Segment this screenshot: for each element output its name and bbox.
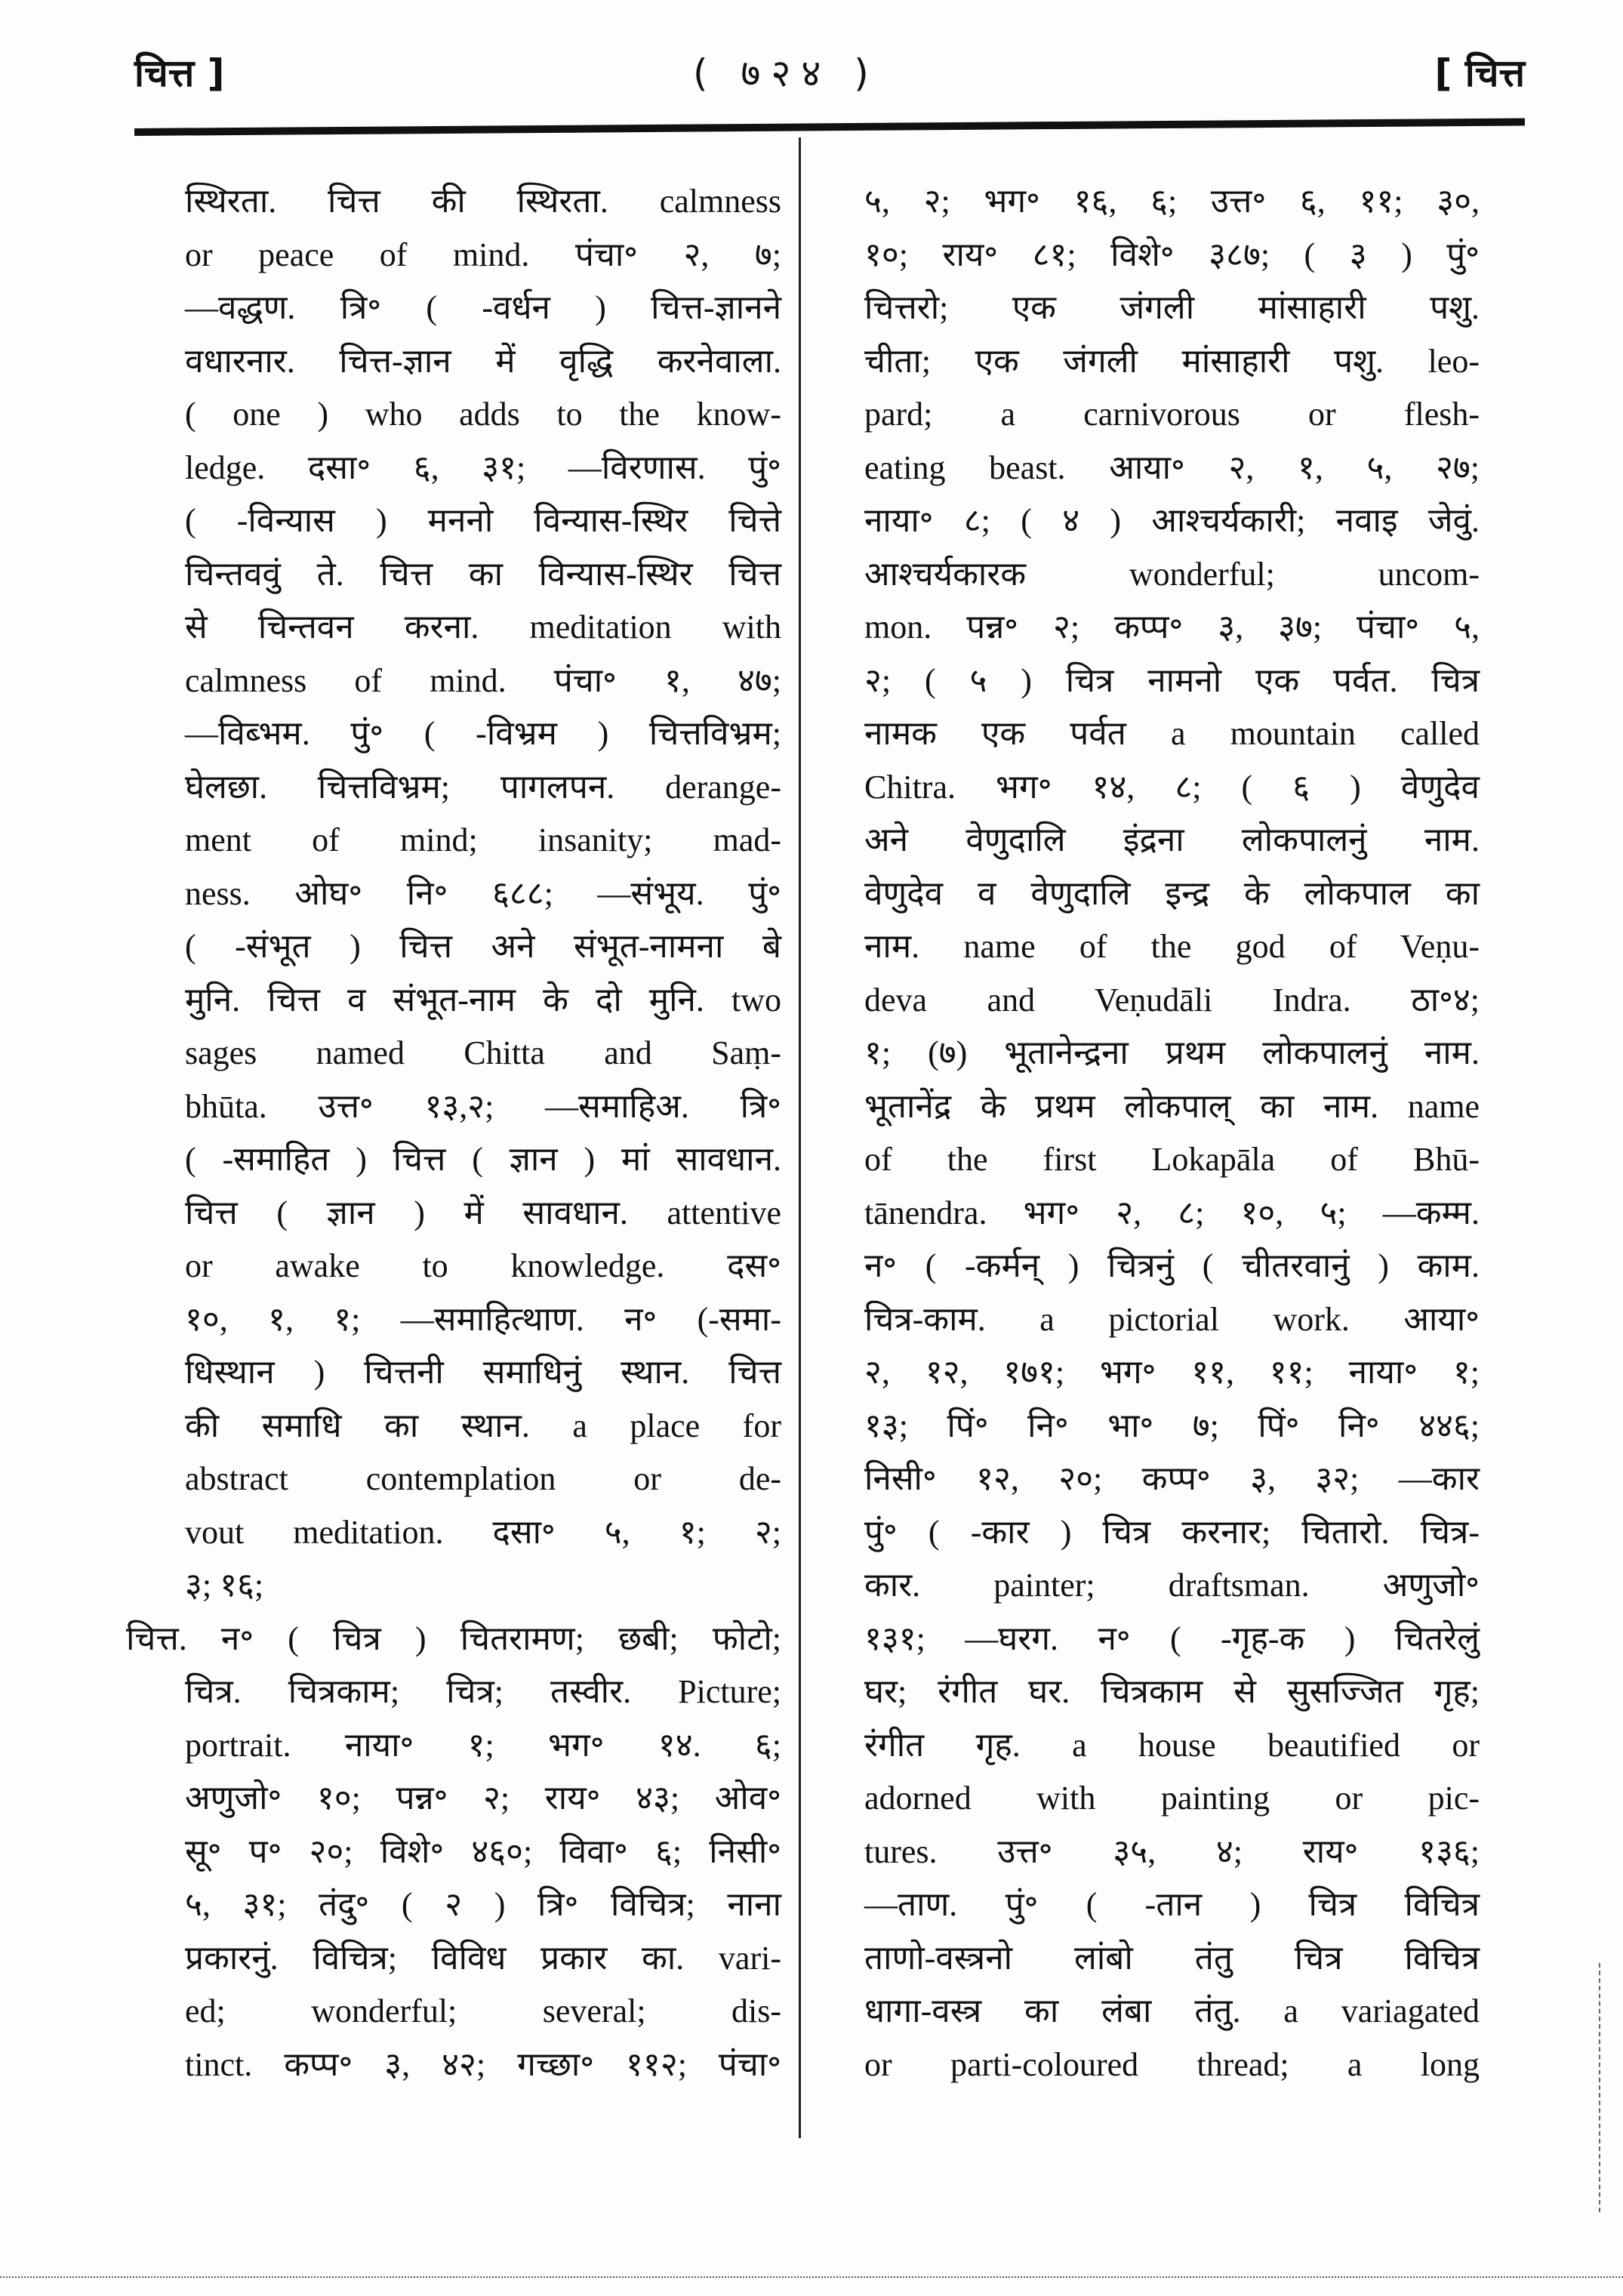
text-line: mon. पन्न॰ २; कप्प॰ ३, ३७; पंचा॰ ५,	[864, 601, 1480, 655]
text-line: वेणुदेव व वेणुदालि इन्द्र के लोकपाल का	[864, 868, 1480, 921]
text-line: Chitra. भग॰ १४, ८; ( ६ ) वेणुदेव	[864, 761, 1480, 815]
text-line: ( -संभूत ) चित्त अने संभूत-नामना बे	[185, 920, 781, 974]
left-guide-word: चित्त ]	[134, 39, 225, 107]
text-line: चीता; एक जंगली मांसाहारी पशु. leo-	[864, 335, 1480, 389]
text-line: ५, २; भग॰ १६, ६; उत्त॰ ६, ११; ३०,	[864, 175, 1480, 229]
text-line: की समाधि का स्थान. a place for	[185, 1400, 781, 1453]
text-line: sages named Chitta and Saṃ-	[185, 1027, 781, 1080]
text-line: अणुजो॰ १०; पन्न॰ २; राय॰ ४३; ओव॰	[185, 1772, 781, 1826]
text-line: से चिन्तवन करना. meditation with	[185, 601, 781, 655]
page-number: ( ७२४ )	[693, 39, 879, 107]
text-line: bhūta. उत्त॰ १३,२; —समाहिअ. त्रि॰	[185, 1080, 781, 1134]
text-line: or peace of mind. पंचा॰ २, ७;	[185, 229, 781, 282]
scan-edge-right	[1599, 1963, 1601, 2212]
text-line: कार. painter; draftsman. अणुजो॰	[864, 1559, 1480, 1613]
text-line: चित्र. चित्रकाम; चित्र; तस्वीर. Picture;	[185, 1666, 781, 1719]
text-line: नामक एक पर्वत a mountain called	[864, 707, 1480, 761]
text-line: portrait. नाया॰ १; भग॰ १४. ६;	[185, 1719, 781, 1773]
dictionary-page: चित्त ] ( ७२४ ) [ चित्त स्थिरता. चित्त क…	[0, 0, 1623, 2296]
text-line: न॰ ( -कर्मन् ) चित्रनुं ( चीतरवानुं ) का…	[864, 1240, 1480, 1293]
text-line: नाम. name of the god of Veṇu-	[864, 920, 1480, 974]
left-column: स्थिरता. चित्त की स्थिरता. calmness or p…	[185, 175, 781, 2091]
text-line: of the first Lokapāla of Bhū-	[864, 1133, 1480, 1187]
column-divider	[799, 137, 801, 2138]
text-line: ment of mind; insanity; mad-	[185, 814, 781, 868]
text-line: १३; पिं॰ नि॰ भा॰ ७; पिं॰ नि॰ ४४६;	[864, 1400, 1480, 1453]
text-line: २, १२, १७१; भग॰ ११, ११; नाया॰ १;	[864, 1346, 1480, 1400]
text-line: ५, ३१; तंदु॰ ( २ ) त्रि॰ विचित्र; नाना	[185, 1878, 781, 1932]
entry-headword-line: चित्त. न॰ ( चित्र ) चितरामण; छबी; फोटो;	[126, 1613, 781, 1666]
text-line: चित्त ( ज्ञान ) में सावधान. attentive	[185, 1187, 781, 1240]
text-line: ३; १६;	[185, 1559, 781, 1613]
text-line: tinct. कप्प॰ ३, ४२; गच्छा॰ ११२; पंचा॰	[185, 2039, 781, 2092]
text-line: १०; राय॰ ८१; विशे॰ ३८७; ( ३ ) पुं॰	[864, 229, 1480, 282]
right-column: ५, २; भग॰ १६, ६; उत्त॰ ६, ११; ३०, १०; रा…	[864, 175, 1480, 2091]
text-line: ness. ओघ॰ नि॰ ६८८; —संभूय. पुं॰	[185, 868, 781, 921]
text-line: tures. उत्त॰ ३५, ४; राय॰ १३६;	[864, 1826, 1480, 1879]
text-line: वधारनार. चित्त-ज्ञान में वृद्धि करनेवाला…	[185, 335, 781, 389]
text-line: deva and Veṇudāli Indra. ठा॰४;	[864, 974, 1480, 1028]
page-header: चित्त ] ( ७२४ ) [ चित्त	[134, 39, 1525, 107]
text-line: vout meditation. दसा॰ ५, १; २;	[185, 1506, 781, 1560]
text-line: रंगीत गृह. a house beautified or	[864, 1719, 1480, 1773]
text-line: भूतानेंद्र के प्रथम लोकपाल् का नाम. name	[864, 1080, 1480, 1134]
text-line: ताणो-वस्त्रनो लांबो तंतु चित्र विचित्र	[864, 1932, 1480, 1986]
text-line: adorned with painting or pic-	[864, 1772, 1480, 1826]
text-line: १; (७) भूतानेन्द्रना प्रथम लोकपालनुं नाम…	[864, 1027, 1480, 1080]
text-line: १०, १, १; —समाहित्थाण. न॰ (-समा-	[185, 1293, 781, 1347]
header-rule	[134, 118, 1525, 136]
text-line: मुनि. चित्त व संभूत-नाम के दो मुनि. two	[185, 974, 781, 1028]
text-line: धिस्थान ) चित्तनी समाधिनुं स्थान. चित्त	[185, 1346, 781, 1400]
text-line: अने वेणुदालि इंद्रना लोकपालनुं नाम.	[864, 814, 1480, 868]
text-line: घर; रंगीत घर. चित्रकाम से सुसज्जित गृह;	[864, 1666, 1480, 1719]
text-line: चित्तरो; एक जंगली मांसाहारी पशु.	[864, 282, 1480, 335]
text-line: सू॰ प॰ २०; विशे॰ ४६०; विवा॰ ६; निसी॰	[185, 1826, 781, 1879]
text-line: ( -विन्यास ) मननो विन्यास-स्थिर चित्ते	[185, 495, 781, 548]
text-line: चिन्तववुं ते. चित्त का विन्यास-स्थिर चित…	[185, 548, 781, 602]
text-line: pard; a carnivorous or flesh-	[864, 388, 1480, 442]
text-line: घेलछा. चित्तविभ्रम; पागलपन. derange-	[185, 761, 781, 815]
text-line: ( one ) who adds to the know-	[185, 388, 781, 442]
text-line: २; ( ५ ) चित्र नामनो एक पर्वत. चित्र	[864, 655, 1480, 708]
text-line: पुं॰ ( -कार ) चित्र करनार; चितारो. चित्र…	[864, 1506, 1480, 1560]
text-line: calmness of mind. पंचा॰ १, ४७;	[185, 655, 781, 708]
right-guide-word: [ चित्त	[1434, 39, 1525, 107]
text-line: or parti-coloured thread; a long	[864, 2039, 1480, 2092]
text-line: abstract contemplation or de-	[185, 1453, 781, 1506]
text-line: प्रकारनुं. विचित्र; विविध प्रकार का. var…	[185, 1932, 781, 1986]
text-line: ed; wonderful; several; dis-	[185, 1985, 781, 2039]
text-line: —विब्भम. पुं॰ ( -विभ्रम ) चित्तविभ्रम;	[185, 707, 781, 761]
text-line: or awake to knowledge. दस॰	[185, 1240, 781, 1293]
text-line: eating beast. आया॰ २, १, ५, २७;	[864, 442, 1480, 495]
text-line: धागा-वस्त्र का लंबा तंतु. a variagated	[864, 1985, 1480, 2039]
text-line: नाया॰ ८; ( ४ ) आश्चर्यकारी; नवाइ जेवुं.	[864, 495, 1480, 548]
text-line: चित्र-काम. a pictorial work. आया॰	[864, 1293, 1480, 1347]
text-line: —ताण. पुं॰ ( -तान ) चित्र विचित्र	[864, 1878, 1480, 1932]
text-line: ledge. दसा॰ ६, ३१; —विरणास. पुं॰	[185, 442, 781, 495]
text-line: —वद्धण. त्रि॰ ( -वर्धन ) चित्त-ज्ञानने	[185, 282, 781, 335]
text-line: स्थिरता. चित्त की स्थिरता. calmness	[185, 175, 781, 229]
scan-edge-bottom	[0, 2276, 1623, 2279]
text-line: आश्चर्यकारक wonderful; uncom-	[864, 548, 1480, 602]
text-line: निसी॰ १२, २०; कप्प॰ ३, ३२; —कार	[864, 1453, 1480, 1506]
text-line: १३१; —घरग. न॰ ( -गृह-क ) चितरेलुं	[864, 1613, 1480, 1666]
text-line: tānendra. भग॰ २, ८; १०, ५; —कम्म.	[864, 1187, 1480, 1240]
text-line: ( -समाहित ) चित्त ( ज्ञान ) मां सावधान.	[185, 1133, 781, 1187]
